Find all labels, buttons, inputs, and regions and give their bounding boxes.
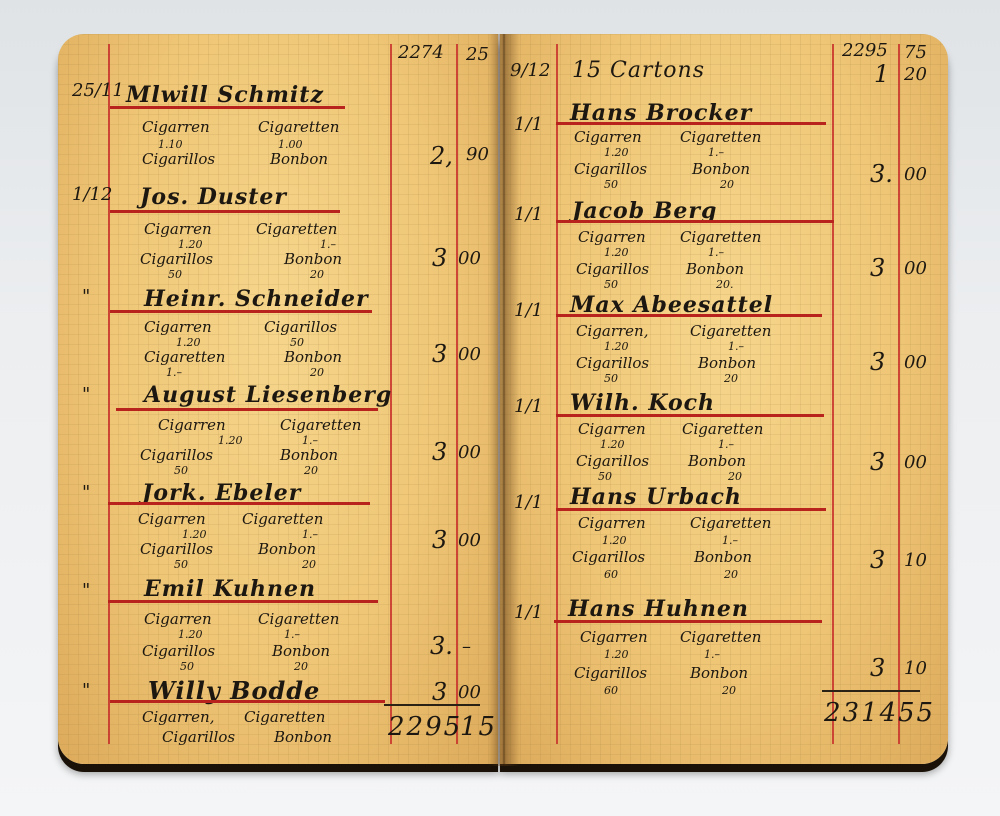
amount-marks: 1 [874, 60, 889, 88]
amount-marks: 3 [870, 546, 885, 574]
amount-pfennig: 00 [458, 442, 481, 463]
amount-marks: 3 [870, 348, 885, 376]
amount-marks: 3 [870, 254, 885, 282]
name-underline [110, 700, 385, 703]
item-label: Cigarillos [140, 540, 213, 558]
item-label: Cigarren [138, 510, 206, 528]
item-price: 1.20 [178, 628, 203, 641]
item-label: Cigarillos [142, 150, 215, 168]
customer-name: Hans Urbach [570, 484, 742, 510]
amount-pfennig: 00 [904, 258, 927, 279]
sum-rule [822, 690, 920, 692]
amount-pfennig: 00 [904, 352, 927, 373]
item-label: Bonbon [692, 160, 750, 178]
ledger-entry: 1/12 Jos. Duster Cigarren Cigaretten 1.2… [58, 180, 498, 290]
item-label: Cigarren [144, 220, 212, 238]
item-label: Cigarillos [140, 250, 213, 268]
entry-date: 9/12 [510, 60, 550, 81]
item-label: Bonbon [272, 642, 330, 660]
item-label: Cigaretten [258, 610, 339, 628]
open-ledger-notebook: 2274 25 25/11 Mlwill Schmitz Cigarren Ci… [58, 34, 950, 774]
amount-pfennig: 90 [466, 144, 489, 165]
amount-pfennig: 20 [904, 64, 927, 85]
item-label: Cigarren, [576, 322, 648, 340]
name-underline [110, 310, 372, 313]
amount-marks: 3 [870, 448, 885, 476]
amount-pfennig: 10 [904, 658, 927, 679]
amount-marks: 3 [432, 678, 447, 706]
ledger-entry: 25/11 Mlwill Schmitz Cigarren Cigaretten… [58, 66, 498, 181]
item-label: Cigaretten [680, 628, 761, 646]
item-price: 20 [724, 568, 738, 581]
amount-marks: 2, [430, 142, 453, 170]
item-label: Cigarillos [140, 446, 213, 464]
item-label: Cigarillos [574, 664, 647, 682]
amount-marks: 3. [870, 160, 893, 188]
right-page: 2295 75 9/12 15 Cartons 1 20 1/1 Hans Br… [500, 34, 948, 764]
amount-pfennig: 00 [458, 248, 481, 269]
item-label: Bonbon [274, 728, 332, 746]
ledger-entry: 1/1 Hans Huhnen Cigarren Cigaretten 1.20… [500, 594, 948, 704]
item-price: 1.20 [604, 648, 629, 661]
item-label: Cigaretten [244, 708, 325, 726]
entry-date: 1/12 [72, 184, 112, 205]
entry-date: " [82, 286, 90, 307]
item-label: Cigarren [578, 420, 646, 438]
page-total-marks: 2314 [824, 698, 898, 728]
item-label: Cigarren [142, 118, 210, 136]
item-price: 50 [604, 372, 618, 385]
amount-pfennig: 00 [458, 344, 481, 365]
item-price: 20 [304, 464, 318, 477]
amount-pfennig: – [462, 636, 471, 657]
ledger-entry: 1/1 Wilh. Koch Cigarren Cigaretten 1.20 … [500, 386, 948, 486]
item-price: 20 [724, 372, 738, 385]
entry-date: 1/1 [514, 602, 543, 623]
name-underline [556, 414, 824, 417]
carry-over-marks: 2274 [398, 42, 444, 63]
item-label: Bonbon [688, 452, 746, 470]
name-underline [116, 408, 378, 411]
customer-name: Hans Huhnen [568, 596, 749, 622]
entry-date: " [82, 482, 90, 503]
entry-date: 1/1 [514, 300, 543, 321]
item-price: 60 [604, 568, 618, 581]
customer-name: Emil Kuhnen [144, 576, 316, 602]
item-label: Cigarren [158, 416, 226, 434]
item-price: 1.– [728, 340, 744, 353]
name-underline [108, 502, 370, 505]
entry-date: " [82, 384, 90, 405]
item-price: 1.20 [218, 434, 243, 447]
item-label: Bonbon [698, 354, 756, 372]
ledger-entry: " August Liesenberg Cigarren Cigaretten … [58, 380, 498, 480]
amount-marks: 3 [432, 438, 447, 466]
item-price: 1.20 [604, 340, 629, 353]
customer-name: Jos. Duster [140, 184, 287, 210]
item-label: Cigarren [144, 610, 212, 628]
item-label: Cigarillos [142, 642, 215, 660]
ledger-entry: " Heinr. Schneider Cigarren Cigarillos 1… [58, 282, 498, 382]
item-price: 1.20 [604, 146, 629, 159]
amount-pfennig: 00 [904, 452, 927, 473]
ledger-entry: 1/1 Hans Urbach Cigarren Cigaretten 1.20… [500, 482, 948, 592]
amount-pfennig: 00 [458, 530, 481, 551]
item-label: Bonbon [270, 150, 328, 168]
item-price: 1.– [708, 246, 724, 259]
item-label: Cigaretten [690, 514, 771, 532]
page-total-pfennig: 55 [898, 698, 935, 728]
item-label: Cigarillos [576, 452, 649, 470]
item-label: Cigaretten [256, 220, 337, 238]
item-price: 20 [310, 268, 324, 281]
ledger-entry: 1/1 Hans Brocker Cigarren Cigaretten 1.2… [500, 94, 948, 204]
item-label: Cigaretten [280, 416, 361, 434]
item-label: Bonbon [690, 664, 748, 682]
item-label: Cigarren [144, 318, 212, 336]
item-price: 1.20 [602, 534, 627, 547]
item-label: Cigarren [574, 128, 642, 146]
item-price: 20 [720, 178, 734, 191]
item-label: Cigarillos [576, 260, 649, 278]
amount-marks: 3 [432, 526, 447, 554]
ledger-entry: " Jork. Ebeler Cigarren Cigaretten 1.20 … [58, 478, 498, 578]
page-total-marks: 2295 [388, 712, 462, 742]
item-price: 20 [722, 684, 736, 697]
amount-pfennig: 00 [904, 164, 927, 185]
name-underline [556, 220, 834, 223]
item-price: 50 [168, 268, 182, 281]
item-price: 1.20 [600, 438, 625, 451]
name-underline [556, 314, 822, 317]
item-price: 20 [310, 366, 324, 379]
item-price: 50 [604, 178, 618, 191]
item-label: Cigaretten [680, 228, 761, 246]
item-label: Cigarren, [142, 708, 214, 726]
amount-pfennig: 00 [458, 682, 481, 703]
item-label: Cigarren [578, 228, 646, 246]
item-label: Cigarillos [264, 318, 337, 336]
ledger-entry: 1/1 Max Abeesattel Cigarren, Cigaretten … [500, 290, 948, 390]
name-underline [110, 106, 345, 109]
item-label: Cigarren [578, 514, 646, 532]
item-label: Cigaretten [690, 322, 771, 340]
item-price: 1.– [718, 438, 734, 451]
item-label: Bonbon [694, 548, 752, 566]
item-label: Cigarillos [572, 548, 645, 566]
entry-date: " [82, 680, 90, 701]
item-price: 1.– [284, 628, 300, 641]
item-label: Bonbon [284, 250, 342, 268]
customer-name: Wilh. Koch [570, 390, 715, 416]
item-label: Bonbon [258, 540, 316, 558]
item-label: Cigaretten [144, 348, 225, 366]
item-label: Cigarillos [576, 354, 649, 372]
item-label: Bonbon [280, 446, 338, 464]
item-price: 1.– [708, 146, 724, 159]
item-label: Cigarillos [574, 160, 647, 178]
amount-pfennig: 10 [904, 550, 927, 571]
name-underline [110, 210, 340, 213]
entry-date: " [82, 580, 90, 601]
entry-date: 1/1 [514, 204, 543, 225]
item-price: 60 [604, 684, 618, 697]
page-total-pfennig: 15 [460, 712, 497, 742]
customer-name: Heinr. Schneider [144, 286, 369, 312]
name-underline [108, 600, 378, 603]
amount-marks: 3 [870, 654, 885, 682]
customer-name: Mlwill Schmitz [126, 82, 324, 108]
entry-description: 15 Cartons [572, 58, 705, 83]
item-price: 1.– [166, 366, 182, 379]
entry-date: 1/1 [514, 114, 543, 135]
item-label: Cigaretten [682, 420, 763, 438]
carry-over-pfennig: 25 [466, 44, 489, 65]
item-price: 1.– [722, 534, 738, 547]
left-page: 2274 25 25/11 Mlwill Schmitz Cigarren Ci… [58, 34, 498, 764]
item-price: 1.– [704, 648, 720, 661]
item-label: Cigaretten [242, 510, 323, 528]
ledger-entry: " Emil Kuhnen Cigarren Cigaretten 1.20 1… [58, 570, 498, 670]
customer-name: August Liesenberg [144, 382, 392, 408]
amount-marks: 3 [432, 340, 447, 368]
name-underline [556, 122, 826, 125]
item-label: Cigarillos [162, 728, 235, 746]
item-price: 50 [174, 464, 188, 477]
name-underline [556, 508, 826, 511]
item-label: Cigaretten [680, 128, 761, 146]
entry-date: 25/11 [72, 80, 124, 101]
amount-marks: 3. [430, 632, 453, 660]
item-label: Bonbon [284, 348, 342, 366]
sum-rule [384, 704, 480, 706]
ledger-entry: 1/1 Jacob Berg Cigarren Cigaretten 1.20 … [500, 196, 948, 296]
item-label: Bonbon [686, 260, 744, 278]
item-label: Cigarren [580, 628, 648, 646]
item-label: Cigaretten [258, 118, 339, 136]
name-underline [554, 620, 822, 623]
entry-date: 1/1 [514, 492, 543, 513]
ledger-entry: 9/12 15 Cartons 1 20 [500, 54, 948, 94]
item-price: 1.20 [604, 246, 629, 259]
entry-date: 1/1 [514, 396, 543, 417]
amount-marks: 3 [432, 244, 447, 272]
